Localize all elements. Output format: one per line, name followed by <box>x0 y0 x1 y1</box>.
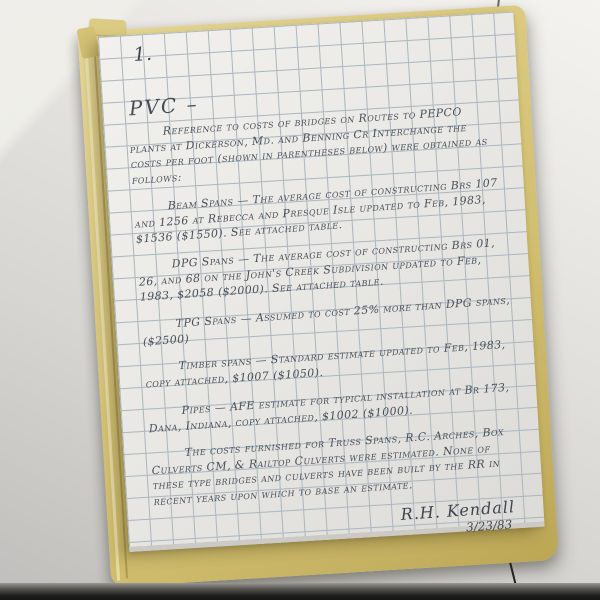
paragraph-dpg-spans: DPG Spans — The average cost of construc… <box>137 235 509 306</box>
document-page: 1. PVC – Reference to costs of bridges o… <box>98 12 545 552</box>
paragraph-beam-spans: Beam Spans — The average cost of constru… <box>133 175 505 248</box>
desk-edge <box>0 583 600 600</box>
folder-paper-stack: 1. PVC – Reference to costs of bridges o… <box>77 1 558 587</box>
paragraph-closing: The costs furnished for Truss Spans, R.C… <box>150 423 523 510</box>
document-content: 1. PVC – Reference to costs of bridges o… <box>96 10 546 548</box>
photo-scene: 1. PVC – Reference to costs of bridges o… <box>0 0 600 600</box>
